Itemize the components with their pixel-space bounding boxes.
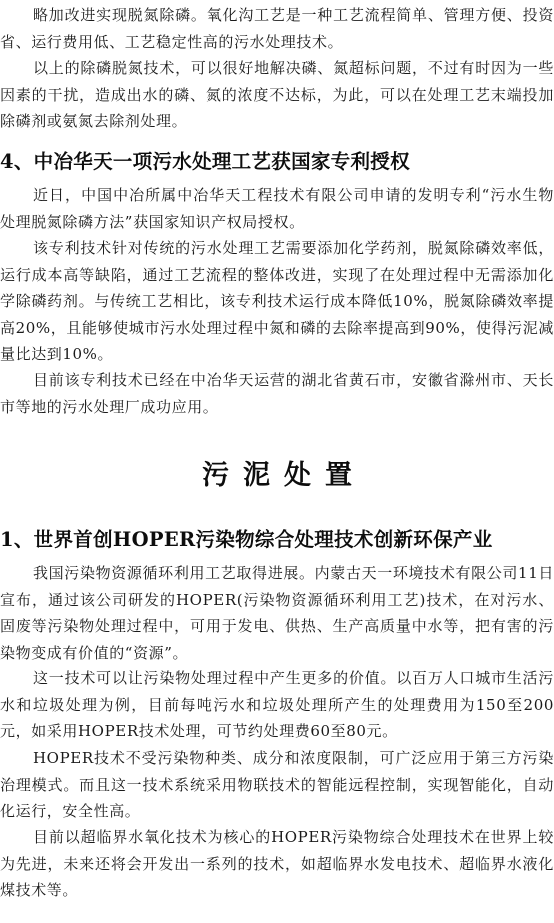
section-heading: 1、世界首创HOPER污染物综合处理技术创新环保产业 — [0, 526, 554, 554]
paragraph: 目前该专利技术已经在中冶华天运营的湖北省黄石市，安徽省滁州市、天长市等地的污水处… — [0, 367, 554, 420]
paragraph: 我国污染物资源循环利用工艺取得进展。内蒙古天一环境技术有限公司11日宣布，通过该… — [0, 560, 554, 666]
paragraph: 近日，中国中冶所属中冶华天工程技术有限公司申请的发明专利“污水生物处理脱氮除磷方… — [0, 182, 554, 235]
chapter-title: 污泥处置 — [0, 456, 554, 496]
section-heading: 4、中冶华天一项污水处理工艺获国家专利授权 — [0, 148, 554, 176]
paragraph: 这一技术可以让污染物处理过程中产生更多的价值。以百万人口城市生活污水和垃圾处理为… — [0, 665, 554, 745]
paragraph: HOPER技术不受污染物种类、成分和浓度限制，可广泛应用于第三方污染治理模式。而… — [0, 745, 554, 825]
paragraph: 以上的除磷脱氮技术，可以很好地解决磷、氮超标问题，不过有时因为一些因素的干扰，造… — [0, 55, 554, 135]
paragraph: 该专利技术针对传统的污水处理工艺需要添加化学药剂，脱氮除磷效率低，运行成本高等缺… — [0, 235, 554, 368]
paragraph: 略加改进实现脱氮除磷。氧化沟工艺是一种工艺流程简单、管理方便、投资省、运行费用低… — [0, 2, 554, 55]
paragraph: 目前以超临界水氧化技术为核心的HOPER污染物综合处理技术在世界上较为先进，未来… — [0, 824, 554, 904]
